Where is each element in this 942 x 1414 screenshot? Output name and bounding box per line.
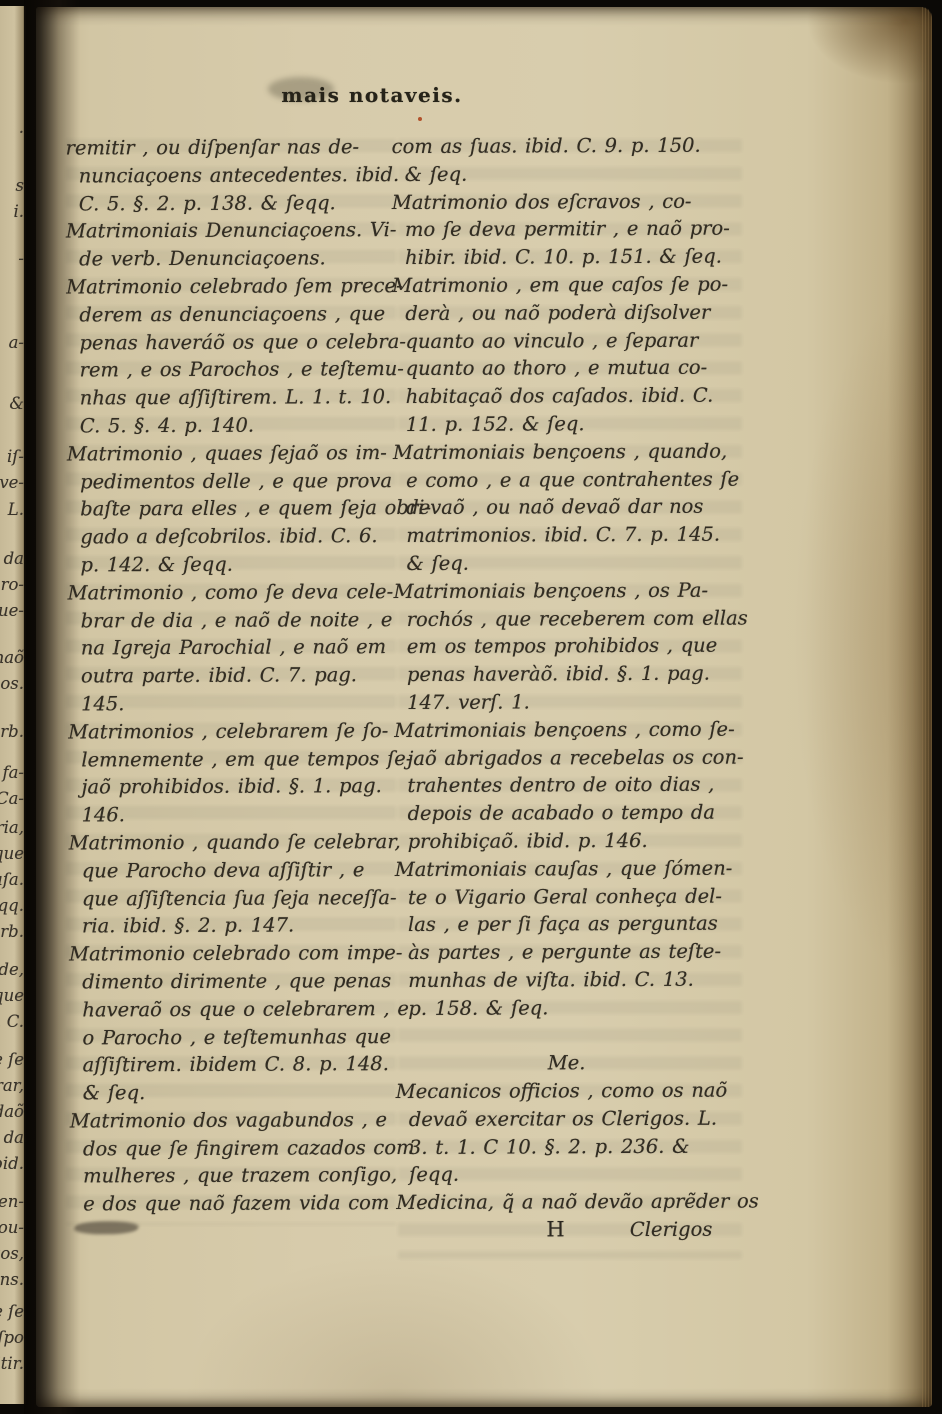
index-entry-line: o Parocho , e teſtemunhas que	[69, 1023, 395, 1052]
index-entry: Matrimonios , celebrarem ſe ſo-lemnement…	[68, 717, 394, 830]
index-entry-line: outra parte. ibid. C. 7. pag.	[68, 661, 394, 690]
previous-page-text-fragment: fa-	[2, 763, 24, 782]
previous-page-text-fragment: que	[0, 986, 24, 1005]
previous-page-text-fragment: a-	[9, 333, 24, 352]
index-entry-line: munhas de viſta. ibid. C. 13.	[395, 965, 737, 994]
previous-page-text-fragment: erb.	[0, 922, 24, 941]
index-entry-line: haveraõ os que o celebrarem , e	[69, 995, 395, 1024]
previous-page-text-fragment: rb.	[0, 722, 24, 741]
previous-page-text-fragment: L.	[8, 500, 24, 519]
index-entry-line: Matrimonio dos vagabundos , e	[70, 1106, 396, 1135]
previous-page-edge: .si.-a-&iſ-ve-L.daro-ue-naõos.rb.fa-Ca-r…	[0, 6, 26, 1404]
previous-page-text-fragment: iſ-	[7, 447, 24, 466]
index-entry-line: mo ſe deva permitir , e naõ pro-	[392, 215, 734, 244]
index-entry-line: Mecanicos officios , como os naõ	[396, 1077, 738, 1106]
index-entry-line: Matrimonio , quaes ſejaõ os im-	[67, 439, 393, 468]
index-entry-line: ſeqq.	[396, 1160, 738, 1189]
index-entry: Matrimonio celebrado com impe-dimento di…	[69, 939, 396, 1107]
index-entry-line: pedimentos delle , e que prova	[67, 467, 393, 496]
index-entry: Matrimonio , quaes ſejaõ os im-pedimento…	[67, 439, 394, 579]
index-entry-line: 145.	[68, 689, 394, 718]
index-entry-line: & ſeq.	[393, 548, 735, 577]
index-entry-line: nhas que aſſiſtirem. L. 1. t. 10.	[67, 383, 393, 412]
ink-blot	[73, 1221, 140, 1234]
index-entry-line: quanto ao vinculo , e ſeparar	[392, 326, 734, 355]
index-entry: Matrimonio celebrado ſem prece-derem as …	[66, 272, 393, 440]
previous-page-text-fragment: mitir.	[0, 1354, 24, 1373]
index-entry-line: Matrimoniais bençoens , quando,	[393, 437, 735, 466]
section-heading: Me.	[396, 1049, 738, 1078]
index-entry-line: penas haveràõ. ibid. §. 1. pag.	[394, 660, 736, 689]
index-entry-line: Matrimonio , como ſe deva cele-	[68, 578, 394, 607]
index-entry-line: jaõ abrigados a recebelas os con-	[394, 743, 736, 772]
index-entry: Matrimonio , como ſe deva cele-brar de d…	[68, 578, 395, 718]
index-entry-line: 3. t. 1. C 10. §. 2. p. 236. &	[396, 1132, 738, 1161]
previous-page-text-fragment: uſa.	[0, 870, 24, 889]
index-entry-line: lemnemente , em que tempos ſe-	[68, 745, 394, 774]
index-entry-line: las , e per ſi faça as perguntas	[395, 910, 737, 939]
running-title: mais notaveis.	[68, 83, 728, 107]
index-entry-line: quanto ao thoro , e mutua co-	[393, 354, 735, 383]
index-entry-line: penas haveráõ os que o celebra-	[66, 328, 392, 357]
previous-page-text-fragment: Ca-	[0, 789, 24, 808]
index-entry: Matrimoniais bençoens , como ſe-jaõ abri…	[394, 715, 737, 855]
index-entry-line: mulheres , que trazem conſigo,	[70, 1162, 396, 1191]
previous-page-text-fragment: os.	[0, 674, 24, 693]
index-entry: Matrimoniais cauſas , que ſómen-te o Vig…	[395, 854, 738, 1022]
index-entry: remitir , ou diſpenſar nas de-nunciaçoen…	[66, 133, 392, 218]
previous-page-text-fragment: d. C.	[0, 1012, 24, 1031]
column-right: com as ſuas. ibid. C. 9. p. 150.& ſeq.Ma…	[392, 132, 739, 1245]
index-entry: Mecanicos officios , como os naõdevaõ ex…	[396, 1077, 738, 1190]
column-right-entries: com as ſuas. ibid. C. 9. p. 150.& ſeq.Ma…	[392, 132, 739, 1218]
index-entry-line: devaõ exercitar os Clerigos. L.	[396, 1104, 738, 1133]
index-entry-line: dos que ſe fingirem cazados com	[70, 1134, 396, 1163]
index-entry: Matrimoniais bençoens , quando,e como , …	[393, 437, 736, 577]
index-entry-line: depois de acabado o tempo da	[394, 799, 736, 828]
previous-page-text-fragment: ue ſe	[0, 1050, 24, 1069]
index-entry-line: p. 142. & ſeqq.	[67, 550, 393, 579]
signature-mark: H	[546, 1216, 564, 1244]
previous-page-text-fragment: ve-	[0, 473, 24, 492]
index-entry-line: Matrimonios , celebrarem ſe ſo-	[68, 717, 394, 746]
scanned-book-spread: .si.-a-&iſ-ve-L.daro-ue-naõos.rb.fa-Ca-r…	[0, 0, 942, 1414]
index-entry-line: na Igreja Parochial , e naõ em	[68, 633, 394, 662]
index-entry: Matrimoniais Denunciaçoens. Vi-de verb. …	[66, 216, 392, 273]
previous-page-text-fragment: s da	[0, 1128, 24, 1147]
index-entry-line: às partes , e pergunte as teſte-	[395, 938, 737, 967]
previous-page-text-fragment: hou-	[0, 1218, 24, 1237]
previous-page-text-fragment: da	[4, 549, 24, 568]
index-entry-line: jaõ prohibidos. ibid. §. 1. pag.	[68, 772, 394, 801]
index-entry-line: hibir. ibid. C. 10. p. 151. & ſeq.	[392, 243, 734, 272]
index-entry-line: derà , ou naõ poderà diſsolver	[392, 298, 734, 327]
index-entry-line: te o Vigario Geral conheça del-	[395, 882, 737, 911]
index-entry-line: rochós , que receberem com ellas	[394, 604, 736, 633]
previous-page-text-fragment: &	[9, 394, 24, 413]
index-entry-line: Medicina, q̃ a naõ devão aprẽder os	[396, 1188, 738, 1217]
index-entry-line: nunciaçoens antecedentes. ibid.	[66, 161, 392, 190]
index-entry-line: 147. verſ. 1.	[394, 687, 736, 716]
index-entry: Matrimonio , em que caſos ſe po-derà , o…	[392, 271, 735, 439]
column-left: remitir , ou diſpenſar nas de-nunciaçoen…	[66, 133, 397, 1246]
index-entry: Matrimonio dos vagabundos , edos que ſe …	[70, 1106, 396, 1219]
index-entry-line: que aſſiſtencia ſua ſeja neceſſa-	[69, 884, 395, 913]
index-entry-line: Matrimoniais bençoens , como ſe-	[394, 715, 736, 744]
index-entry: Medicina, q̃ a naõ devão aprẽder os	[396, 1188, 738, 1217]
index-entry-line: Matrimoniais bençoens , os Pa-	[394, 576, 736, 605]
index-entry-line: Matrimonio celebrado ſem prece-	[66, 272, 392, 301]
index-entry-line: Matrimoniais cauſas , que ſómen-	[395, 854, 737, 883]
index-entry-line: Matrimonio , quando ſe celebrar,	[69, 828, 395, 857]
index-entry-line: habitaçaõ dos caſados. ibid. C.	[393, 382, 735, 411]
paper-speck	[418, 117, 422, 121]
index-entry-line: & ſeq.	[392, 159, 734, 188]
index-entry: com as ſuas. ibid. C. 9. p. 150.& ſeq.	[392, 132, 734, 189]
previous-page-text-fragment: dade,	[0, 960, 24, 979]
previous-page-text-fragment: ibid.	[0, 1154, 24, 1173]
book-page: mais notaveis. remitir , ou diſpenſar na…	[36, 7, 932, 1407]
signature-line: H Clerigos	[396, 1216, 738, 1245]
index-entry-line: p. 158. & ſeq.	[395, 993, 737, 1022]
index-entry-line: & ſeq.	[70, 1078, 396, 1107]
previous-page-text-fragment: brar,	[0, 1076, 24, 1095]
index-entry-line: C. 5. §. 2. p. 138. & ſeqq.	[66, 189, 392, 218]
previous-page-text-fragment: .	[19, 118, 24, 137]
catchword: Clerigos	[630, 1216, 713, 1244]
previous-page-text-fragment: Biſpo	[0, 1328, 24, 1347]
column-left-entries: remitir , ou diſpenſar nas de-nunciaçoen…	[66, 133, 397, 1218]
index-entry-line: Matrimonio , em que caſos ſe po-	[392, 271, 734, 300]
previous-page-text-fragment: s	[16, 176, 24, 195]
previous-page-text-fragment: ue-	[0, 601, 24, 620]
index-entry-line: baſte para elles , e quem ſeja obri-	[67, 494, 393, 523]
previous-page-text-fragment: ahen-	[0, 1192, 24, 1211]
index-entry-line: matrimonios. ibid. C. 7. p. 145.	[393, 521, 735, 550]
previous-page-text-fragment: uvos,	[0, 1244, 24, 1263]
previous-page-text-fragment: i.	[13, 202, 24, 221]
index-entry-line: 11. p. 152. & ſeq.	[393, 410, 735, 439]
previous-page-text-fragment: naõ	[0, 648, 24, 667]
index-entry-line: com as ſuas. ibid. C. 9. p. 150.	[392, 132, 734, 161]
index-entry-line: Matrimoniais Denunciaçoens. Vi-	[66, 216, 392, 245]
index-entry-line: remitir , ou diſpenſar nas de-	[66, 133, 392, 162]
previous-page-text-fragment: tidaõ	[0, 1102, 24, 1121]
index-entry-line: rem , e os Parochos , e teſtemu-	[67, 355, 393, 384]
index-entry-line: Matrimonio dos eſcravos , co-	[392, 187, 734, 216]
index-entry-line: prohibiçaõ. ibid. p. 146.	[395, 826, 737, 855]
index-entry-line: Matrimonio celebrado com impe-	[69, 939, 395, 968]
index-entry-line: aſſiſtirem. ibidem C. 8. p. 148.	[70, 1050, 396, 1079]
index-entry-line: gado a deſcobrilos. ibid. C. 6.	[67, 522, 393, 551]
index-entry-line: 146.	[68, 800, 394, 829]
index-entry-line: derem as denunciaçoens , que	[66, 300, 392, 329]
previous-page-text-fragment: e ſe	[0, 1302, 24, 1321]
index-entry-line: trahentes dentro de oito dias ,	[394, 771, 736, 800]
previous-page-text-fragment: ria,	[0, 818, 24, 837]
index-columns: remitir , ou diſpenſar nas de-nunciaçoen…	[66, 132, 739, 1247]
index-entry: Matrimoniais bençoens , os Pa-rochós , q…	[394, 576, 737, 716]
previous-page-text-fragment: que	[0, 844, 24, 863]
previous-page-text-fragment: ro-	[1, 575, 24, 594]
index-entry: Matrimonio dos eſcravos , co-mo ſe deva …	[392, 187, 734, 272]
previous-page-text-fragment: ſeqq.	[0, 896, 24, 915]
index-entry-line: ria. ibid. §. 2. p. 147.	[69, 911, 395, 940]
previous-page-text-fragment: -	[18, 249, 24, 268]
index-entry-line: em os tempos prohibidos , que	[394, 632, 736, 661]
index-entry-line: e dos que naõ fazem vida com	[70, 1189, 396, 1218]
previous-page-text-fragment: çoens.	[0, 1270, 24, 1289]
index-entry-line: dimento dirimente , que penas	[69, 967, 395, 996]
index-entry-line: C. 5. §. 4. p. 140.	[67, 411, 393, 440]
index-entry: Matrimonio , quando ſe celebrar,que Paro…	[69, 828, 395, 941]
fore-edge-pages	[922, 7, 932, 1407]
index-entry-line: brar de dia , e naõ de noite , e	[68, 606, 394, 635]
index-entry-line: devaõ , ou naõ devaõ dar nos	[393, 493, 735, 522]
index-entry-line: que Parocho deva aſſiſtir , e	[69, 856, 395, 885]
index-entry-line: de verb. Denunciaçoens.	[66, 244, 392, 273]
index-entry-line: e como , e a que contrahentes ſe	[393, 465, 735, 494]
